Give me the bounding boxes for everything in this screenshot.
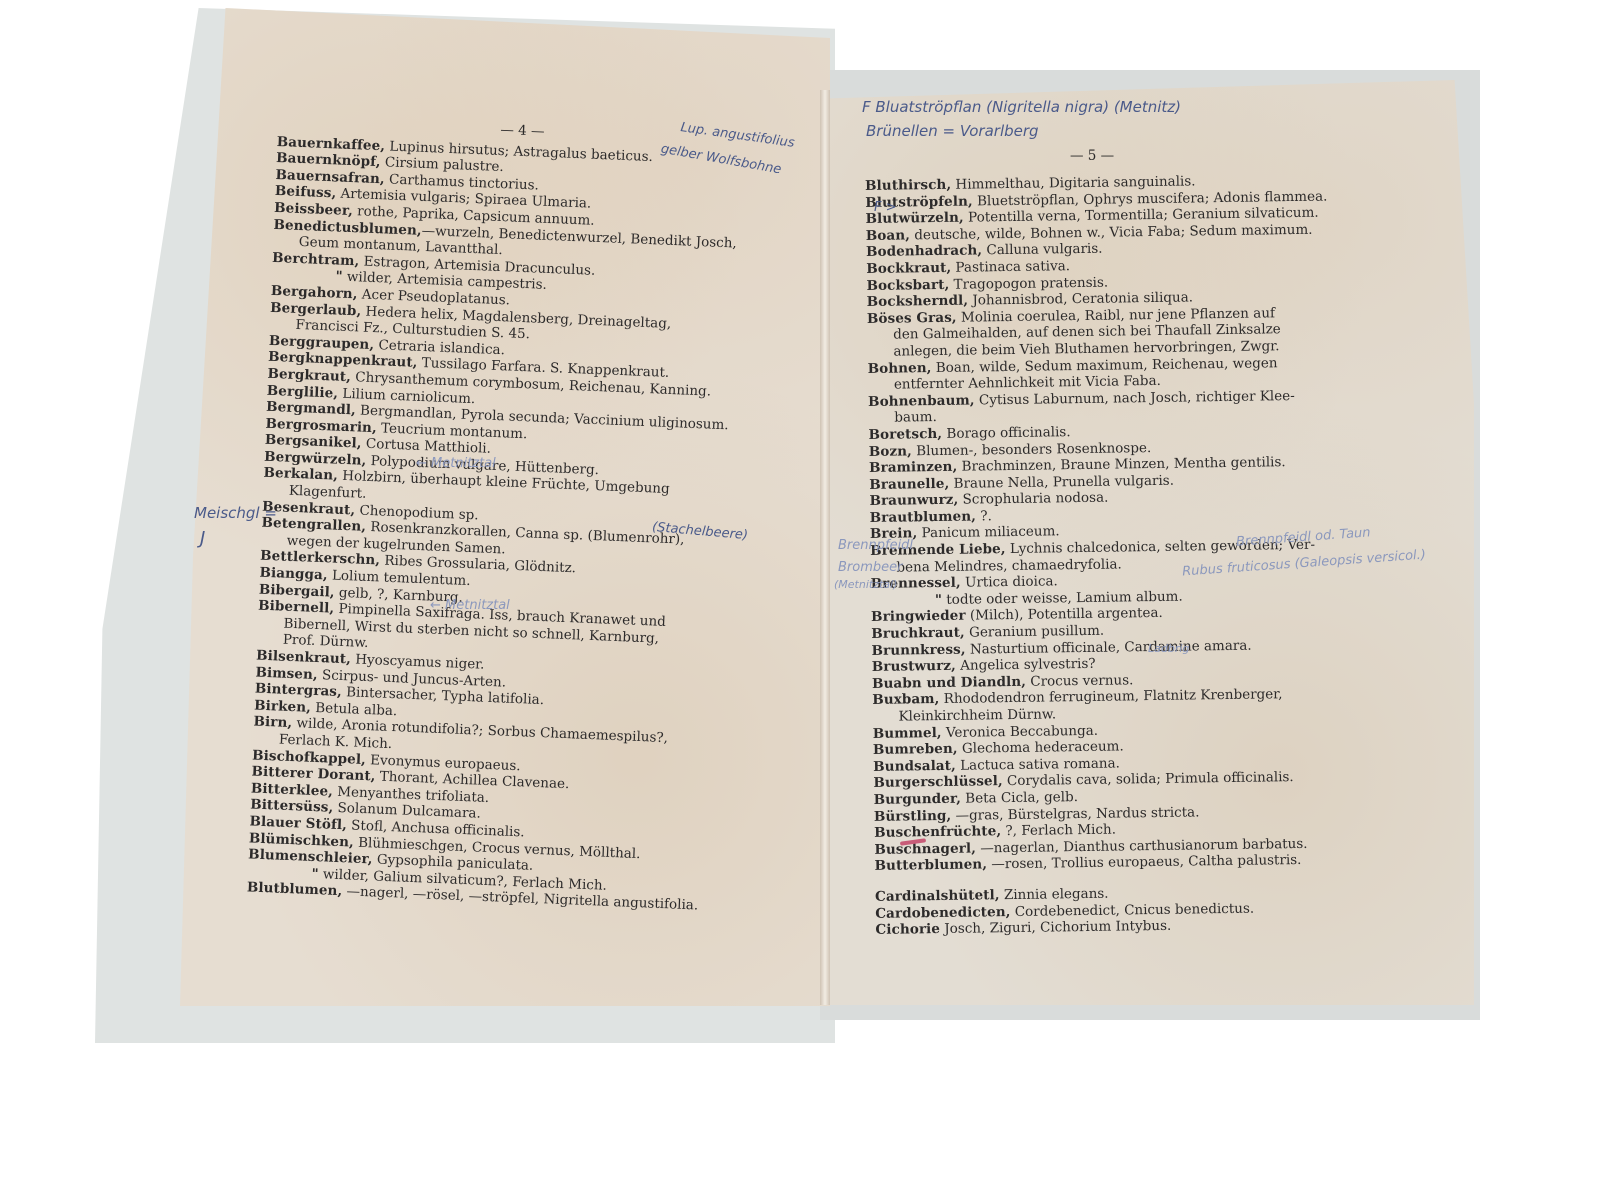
entry-definition: Urtica dioica. [961,574,1058,591]
entry-definition: Glechoma hederaceum. [958,739,1124,757]
entry-term: Biangga, [259,565,328,584]
entry-term: Cardobenedicten, [875,904,1010,922]
entry-term: Brustwurz, [872,658,956,675]
handwritten-note: F > [874,200,897,215]
handwritten-note: F Bluatströpflan (Nigritella nigra) (Met… [862,98,1181,116]
entry-definition: Lactuca sativa romana. [956,755,1120,773]
entry-term: Blutblumen, [247,880,343,900]
entry-definition: Geranium pusillum. [965,623,1105,641]
handwritten-note: Brünellen = Vorarlberg [866,122,1039,140]
handwritten-note: (Metnitztal) [834,578,897,591]
entry-term: Bohnenbaum, [868,392,975,409]
entry-term: Bimsen, [255,664,318,682]
entry-term: Birn, [253,714,292,732]
entry-term: Bummel, [873,725,942,742]
left-page-text: — 4 — Bauernkaffee, Lupinus hirsutus; As… [247,113,768,916]
entry-term: Braminzen, [869,459,957,476]
entry-definition: (Milch), Potentilla argentea. [966,605,1163,624]
handwritten-note: Ladbrig [1148,642,1189,655]
entry-definition: Angelica sylvestris? [956,656,1096,674]
handwritten-note: ← Metnitztal [430,598,510,613]
entry-definition: Scrophularia nodosa. [958,490,1108,508]
entry-term: Beifuss, [275,183,337,201]
entry-term: Bohnen, [868,360,932,377]
entry-definition: Panicum miliaceum. [917,524,1060,542]
entry-term: Braunwurz, [869,492,958,509]
entry-definition: bena Melindres, chamaedryfolia. [896,556,1122,575]
right-page-text: Bluthirsch, Himmelthau, Digitaria sangui… [865,172,1336,939]
entry-term: Betengrallen, [261,515,366,535]
entry-definition: Corydalis cava, solida; Primula officina… [1003,769,1294,789]
handwritten-note: J [200,528,205,549]
handwritten-note: Meischgl = [194,504,277,522]
entry-term: Birken, [254,697,311,715]
entry-term: Bundsalat, [873,758,956,775]
entry-definition: Borago officinalis. [942,424,1071,442]
entry-term: Buxbam, [872,691,939,708]
glossary-list-right: Bluthirsch, Himmelthau, Digitaria sangui… [865,172,1336,939]
entry-definition: Pastinaca sativa. [951,258,1070,276]
entry-definition: Veronica Beccabunga. [942,722,1099,740]
entry-definition: Tragopogon pratensis. [949,274,1108,292]
entry-term: Bockkraut, [866,260,951,277]
entry-term: Bumreben, [873,741,958,758]
handwritten-note: Brombeer [838,560,902,575]
entry-definition: Josch, Ziguri, Cichorium Intybus. [940,918,1171,937]
entry-term: Berchtram, [272,250,360,269]
entry-term: Cardinalshütetl, [875,887,1000,905]
entry-definition: Calluna vulgaris. [982,241,1103,259]
entry-term: Berglilie, [267,382,339,401]
entry-definition: ?. [976,508,992,524]
entry-term: Boretsch, [868,426,942,443]
entry-definition: Beta Cicla, gelb. [961,789,1078,807]
entry-term: Boan, [866,227,910,244]
entry-definition: baum. [894,409,937,426]
entry-term: Cichorie [875,921,940,938]
open-book: — 4 — Bauernkaffee, Lupinus hirsutus; As… [0,0,1600,1200]
entry-term: Bergerlaub, [270,299,362,319]
entry-term: Buschnagerl, [874,840,976,857]
entry-definition: Kleinkirchheim Dürnw. [898,706,1056,724]
entry-term: Bürstling, [874,807,952,824]
page-number-right: — 5 — [1070,148,1114,165]
entry-term: Bibernell, [258,598,335,617]
entry-term: Burgerschlüssel, [873,774,1002,792]
entry-term: Brunnkress, [871,641,965,658]
entry-term: Butterblumen, [874,857,987,875]
entry-term: Böses Gras, [867,309,957,326]
entry-term: Burgunder, [874,791,961,808]
entry-term: Bozn, [869,443,912,460]
handwritten-note: ← Metnitztal [416,456,496,471]
entry-term: Braunelle, [869,476,949,493]
entry-definition: ?, Ferlach Mich. [1001,822,1116,840]
book-spine [820,90,830,1005]
entry-definition: Braune Nella, Prunella vulgaris. [949,472,1174,491]
entry-definition: Cordebenedict, Cnicus benedictus. [1010,900,1254,919]
entry-term: Brautblumen, [870,508,977,525]
entry-term: Berkalan, [263,465,338,484]
entry-term: Bringwieder [871,608,966,625]
entry-term: Buabn und Diandln, [872,674,1026,692]
entry-term: Bluthirsch, [865,177,951,194]
entry-definition: Zinnia elegans. [1000,886,1109,904]
entry-term: Bruchkraut, [871,625,965,642]
entry-term: Bocksbart, [866,276,949,293]
entry-term: Bodenhadrach, [866,243,982,261]
entry-definition: Crocus vernus. [1026,672,1134,689]
handwritten-note: Brennpfeidl [838,538,913,553]
entry-term: Buschenfrüchte, [874,823,1001,841]
entry-definition: —gras, Bürstelgras, Nardus stricta. [951,804,1199,823]
entry-term: Bocksherndl, [867,293,969,310]
